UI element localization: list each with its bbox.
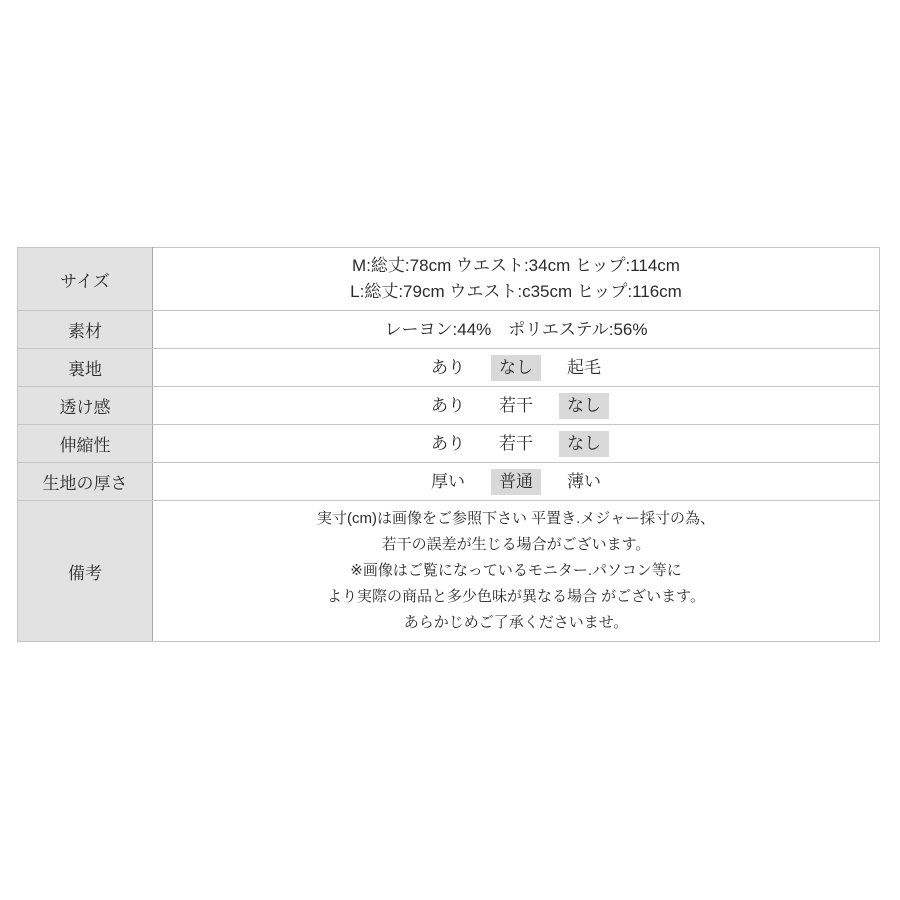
spec-row-sheerness: 透け感あり若干なし [18, 387, 880, 425]
option: 薄い [559, 469, 609, 495]
value-line: 実寸(cm)は画像をご参照下さい 平置き.メジャー採寸の為、 [161, 506, 871, 532]
option: 若干 [491, 393, 541, 419]
option-selected: 普通 [491, 469, 541, 495]
option-selected: なし [559, 431, 609, 457]
value-line: L:総丈:79cm ウエスト:c35cm ヒップ:116cm [161, 279, 871, 305]
option-group: 厚い普通薄い [161, 469, 871, 495]
page: サイズM:総丈:78cm ウエスト:34cm ヒップ:114cmL:総丈:79c… [0, 0, 900, 900]
row-label-thickness: 生地の厚さ [18, 463, 153, 501]
value-line: あらかじめご了承くださいませ。 [161, 610, 871, 636]
value-line: より実際の商品と多少色味が異なる場合 がございます。 [161, 584, 871, 610]
spec-row-notes: 備考実寸(cm)は画像をご参照下さい 平置き.メジャー採寸の為、若干の誤差が生じ… [18, 501, 880, 642]
value-line: ※画像はご覧になっているモニター.パソコン等に [161, 558, 871, 584]
row-value-size: M:総丈:78cm ウエスト:34cm ヒップ:114cmL:総丈:79cm ウ… [153, 248, 880, 311]
spec-row-stretch: 伸縮性あり若干なし [18, 425, 880, 463]
row-label-size: サイズ [18, 248, 153, 311]
spec-table-body: サイズM:総丈:78cm ウエスト:34cm ヒップ:114cmL:総丈:79c… [18, 248, 880, 642]
product-spec-table: サイズM:総丈:78cm ウエスト:34cm ヒップ:114cmL:総丈:79c… [17, 247, 880, 642]
row-label-material: 素材 [18, 311, 153, 349]
row-value-material: レーヨン:44% ポリエステル:56% [153, 311, 880, 349]
row-value-sheerness: あり若干なし [153, 387, 880, 425]
row-label-sheerness: 透け感 [18, 387, 153, 425]
row-value-thickness: 厚い普通薄い [153, 463, 880, 501]
spec-row-size: サイズM:総丈:78cm ウエスト:34cm ヒップ:114cmL:総丈:79c… [18, 248, 880, 311]
row-label-stretch: 伸縮性 [18, 425, 153, 463]
option-group: あり若干なし [161, 431, 871, 457]
spec-row-lining: 裏地ありなし起毛 [18, 349, 880, 387]
option: あり [423, 355, 473, 381]
value-line: 若干の誤差が生じる場合がございます。 [161, 532, 871, 558]
row-value-stretch: あり若干なし [153, 425, 880, 463]
value-line: M:総丈:78cm ウエスト:34cm ヒップ:114cm [161, 253, 871, 279]
row-label-lining: 裏地 [18, 349, 153, 387]
option-group: あり若干なし [161, 393, 871, 419]
option-selected: なし [559, 393, 609, 419]
option: 起毛 [559, 355, 609, 381]
option: 厚い [423, 469, 473, 495]
row-value-lining: ありなし起毛 [153, 349, 880, 387]
row-label-notes: 備考 [18, 501, 153, 642]
option: 若干 [491, 431, 541, 457]
option: あり [423, 431, 473, 457]
row-value-notes: 実寸(cm)は画像をご参照下さい 平置き.メジャー採寸の為、若干の誤差が生じる場… [153, 501, 880, 642]
option-selected: なし [491, 355, 541, 381]
spec-row-material: 素材レーヨン:44% ポリエステル:56% [18, 311, 880, 349]
spec-row-thickness: 生地の厚さ厚い普通薄い [18, 463, 880, 501]
option: あり [423, 393, 473, 419]
option-group: ありなし起毛 [161, 355, 871, 381]
